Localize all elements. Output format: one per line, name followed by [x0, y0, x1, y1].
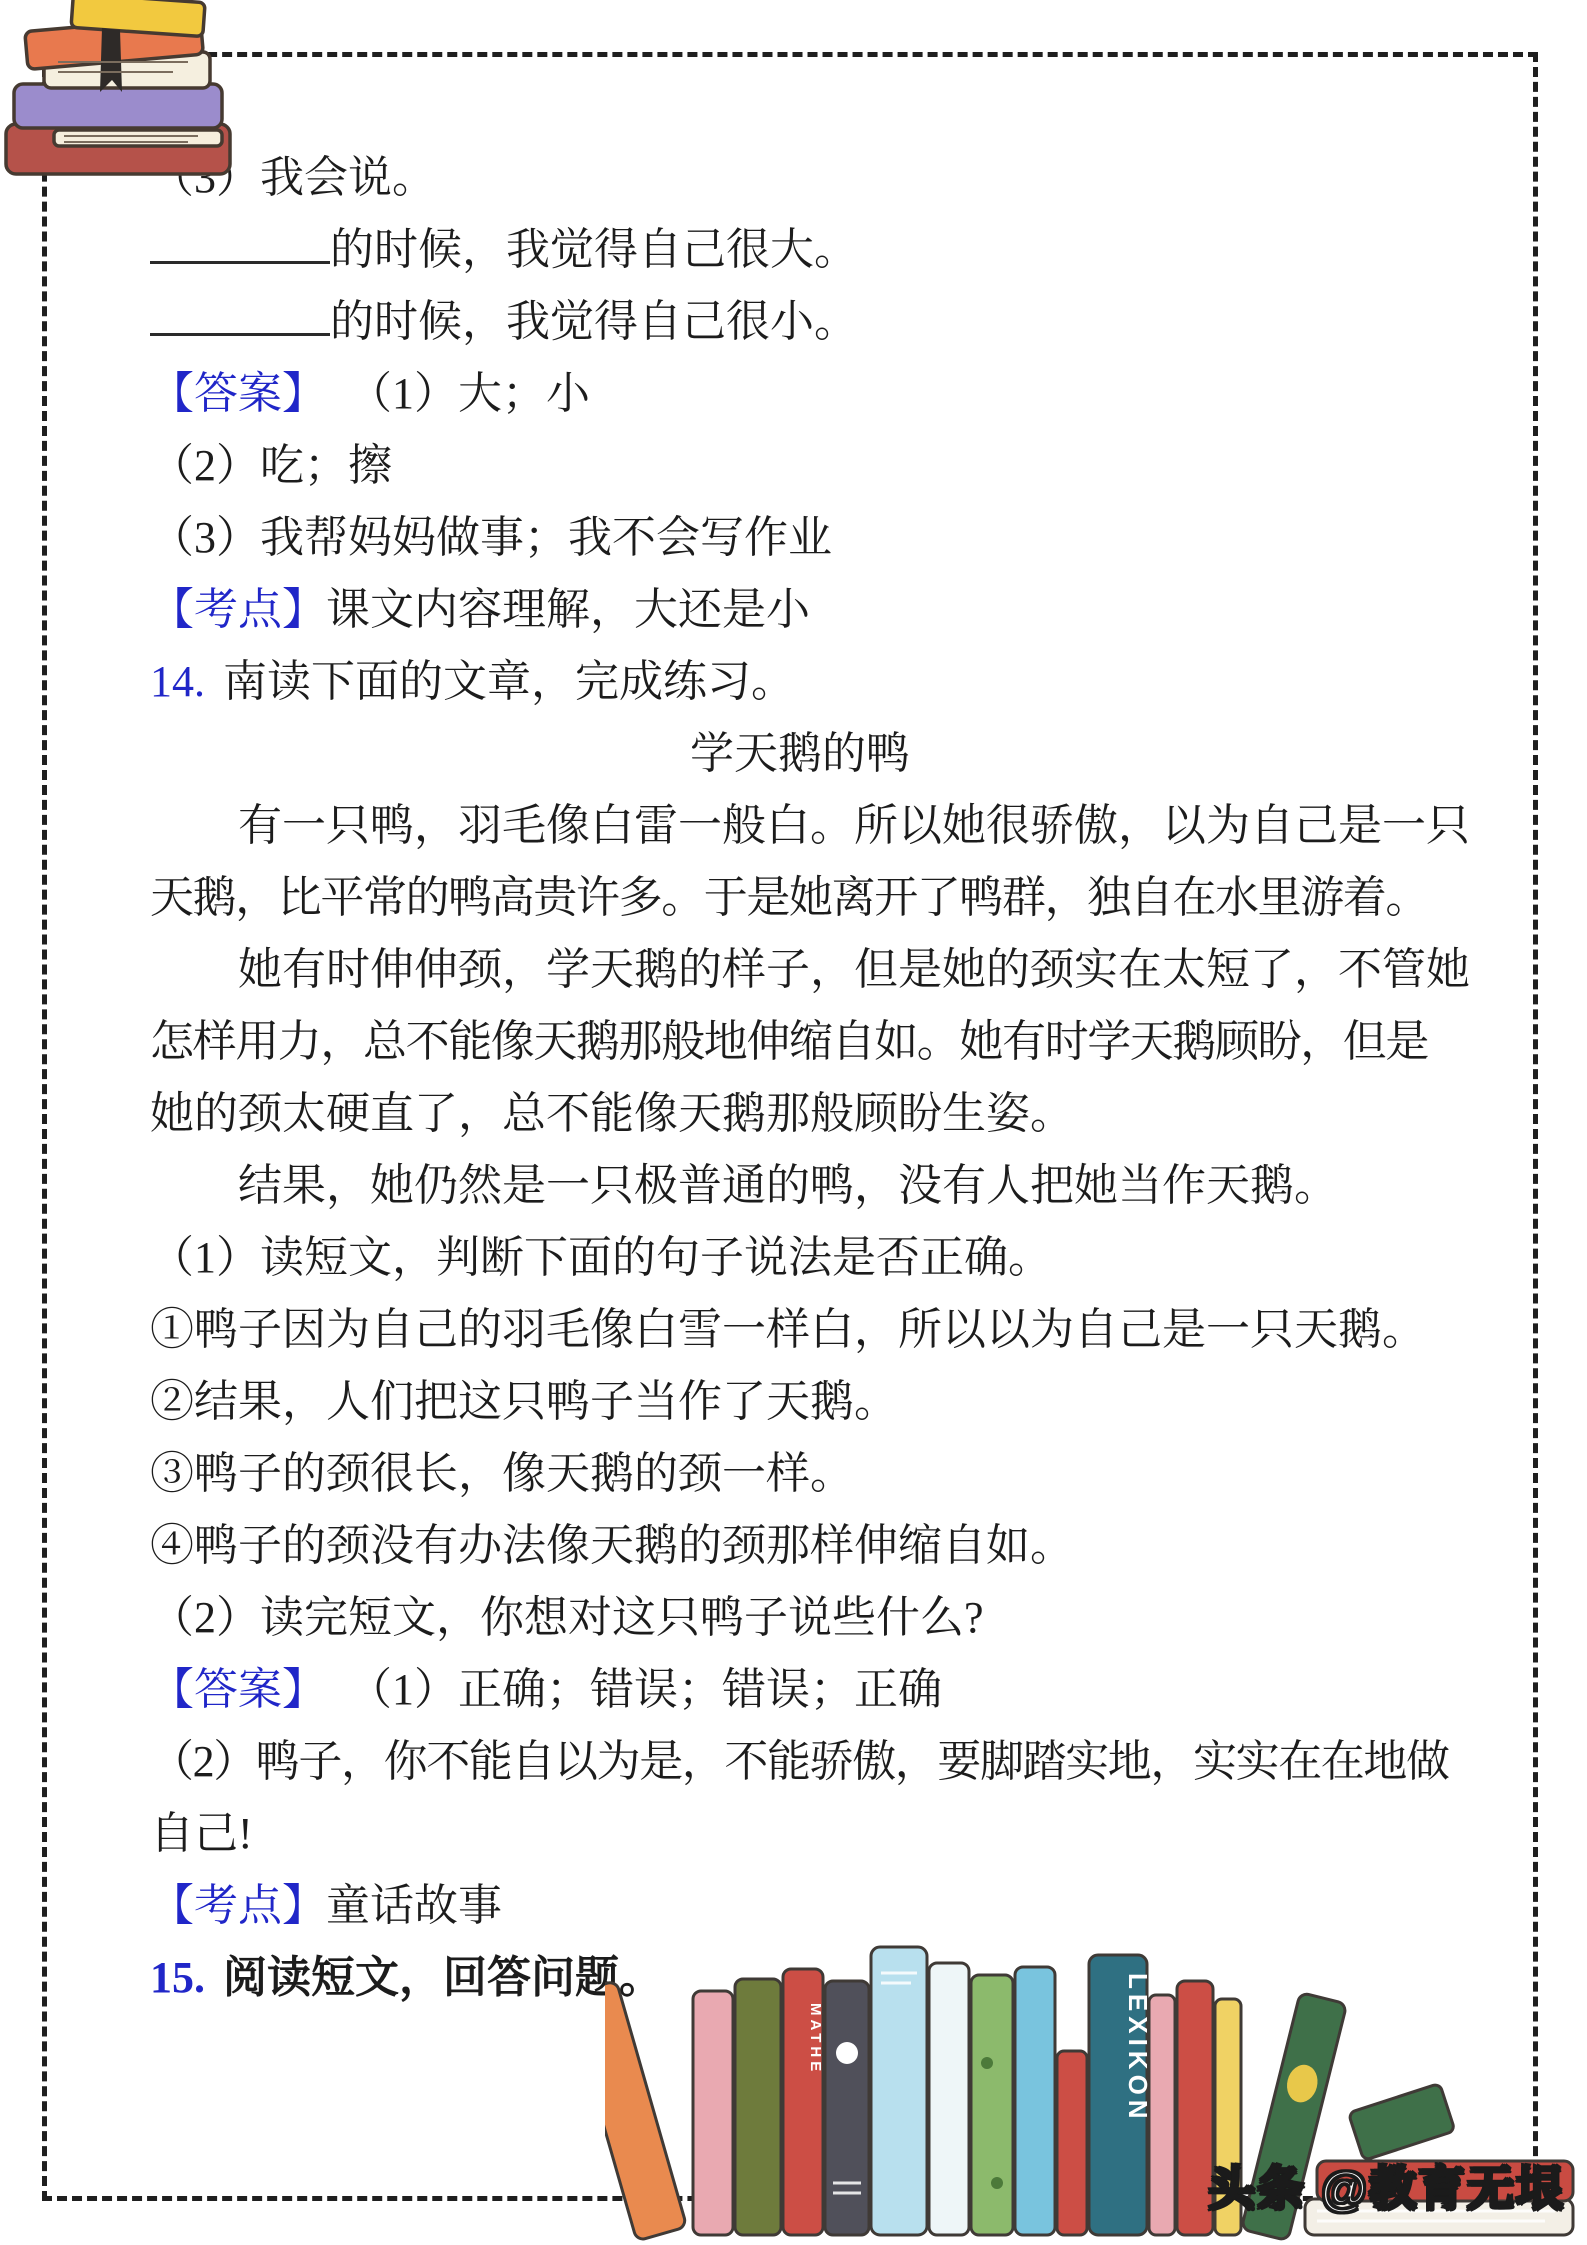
point-label: 【考点】 [150, 1881, 326, 1930]
q13-answer-line-2: （2）吃；擦 [150, 430, 1450, 502]
q13-point-line: 【考点】课文内容理解，大还是小 [150, 574, 1450, 646]
blank-line-big-text: 的时候，我觉得自己很大。 [330, 225, 858, 274]
q13-answer-line-1: 【答案】（1）大；小 [150, 358, 1450, 430]
q14-answer-1: （1）正确；错误；错误；正确 [370, 1665, 942, 1714]
leaf-dot [981, 2057, 993, 2069]
q14-judge-item-4: ④鸭子的颈没有办法像天鹅的颈那样伸缩自如。 [150, 1510, 1450, 1582]
q14-passage-line: 她有时伸伸颈，学天鹅的样子，但是她的颈实在太短了，不管她 [150, 934, 1450, 1006]
answer-blank [150, 221, 330, 264]
q14-passage-line: 结果，她仍然是一只极普通的鸭，没有人把她当作天鹅。 [150, 1150, 1450, 1222]
worksheet-content: （3）我会说。 的时候，我觉得自己很大。 的时候，我觉得自己很小。 【答案】（1… [150, 142, 1450, 2086]
q14-judge-item-2: ②结果，人们把这只鸭子当作了天鹅。 [150, 1366, 1450, 1438]
q14-sub-question-2: （2）读完短文，你想对这只鸭子说些什么? [150, 1582, 1450, 1654]
book-spine-text-lexikon: LEXIKON [1123, 1973, 1153, 2124]
answer-label: 【答案】 [150, 369, 326, 418]
q13-part3-label: （3）我会说。 [150, 142, 1450, 214]
blank-line-small-text: 的时候，我觉得自己很小。 [330, 297, 858, 346]
q14-point-text: 童话故事 [326, 1881, 502, 1930]
q14-answer-line-3: 自己! [150, 1798, 1450, 1870]
book-spine-text-mathe: MATHE [807, 2003, 824, 2075]
leaf-dot [991, 2177, 1003, 2189]
answer-blank [150, 293, 330, 336]
q14-passage-line: 她的颈太硬直了，总不能像天鹅那般顾盼生姿。 [150, 1078, 1450, 1150]
q14-prompt: 南读下面的文章，完成练习。 [223, 657, 795, 706]
q14-prompt-line: 14.南读下面的文章，完成练习。 [150, 646, 1450, 718]
q14-passage-line: 怎样用力，总不能像天鹅那般地伸缩自如。她有时学天鹅顾盼，但是 [150, 1006, 1450, 1078]
book-stack-illustration [0, 0, 242, 190]
q15-prompt: 阅读短文，回答问题。 [223, 1953, 663, 2002]
q14-passage-line: 天鹅，比平常的鸭高贵许多。于是她离开了鸭群，独自在水里游着。 [150, 862, 1450, 934]
q14-passage-title: 学天鹅的鸭 [150, 718, 1450, 790]
q14-passage-line: 有一只鸭，羽毛像白雷一般白。所以她很骄傲，以为自己是一只 [150, 790, 1450, 862]
q14-sub-question-1: （1）读短文，判断下面的句子说法是否正确。 [150, 1222, 1450, 1294]
answer-label: 【答案】 [150, 1665, 326, 1714]
q15-number: 15. [150, 1953, 205, 2002]
q14-judge-item-1: ①鸭子因为自己的羽毛像白雪一样白，所以以为自己是一只天鹅。 [150, 1294, 1450, 1366]
q14-answer-line-2: （2）鸭子，你不能自以为是，不能骄傲，要脚踏实地，实实在在地做 [150, 1726, 1450, 1798]
q14-number: 14. [150, 657, 205, 706]
q13-answer-1: （1）大；小 [370, 369, 590, 418]
point-label: 【考点】 [150, 585, 326, 634]
toutiao-watermark: 头条 @教育无垠 [1208, 2152, 1565, 2219]
q13-point-text: 课文内容理解，大还是小 [326, 585, 810, 634]
spine-dot [836, 2042, 858, 2064]
q14-judge-item-3: ③鸭子的颈很长，像天鹅的颈一样。 [150, 1438, 1450, 1510]
worksheet-page: （3）我会说。 的时候，我觉得自己很大。 的时候，我觉得自己很小。 【答案】（1… [0, 0, 1587, 2245]
q13-answer-line-3: （3）我帮妈妈做事；我不会写作业 [150, 502, 1450, 574]
q13-blank-line-small: 的时候，我觉得自己很小。 [150, 286, 1450, 358]
q13-blank-line-big: 的时候，我觉得自己很大。 [150, 214, 1450, 286]
q14-answer-line-1: 【答案】（1）正确；错误；错误；正确 [150, 1654, 1450, 1726]
